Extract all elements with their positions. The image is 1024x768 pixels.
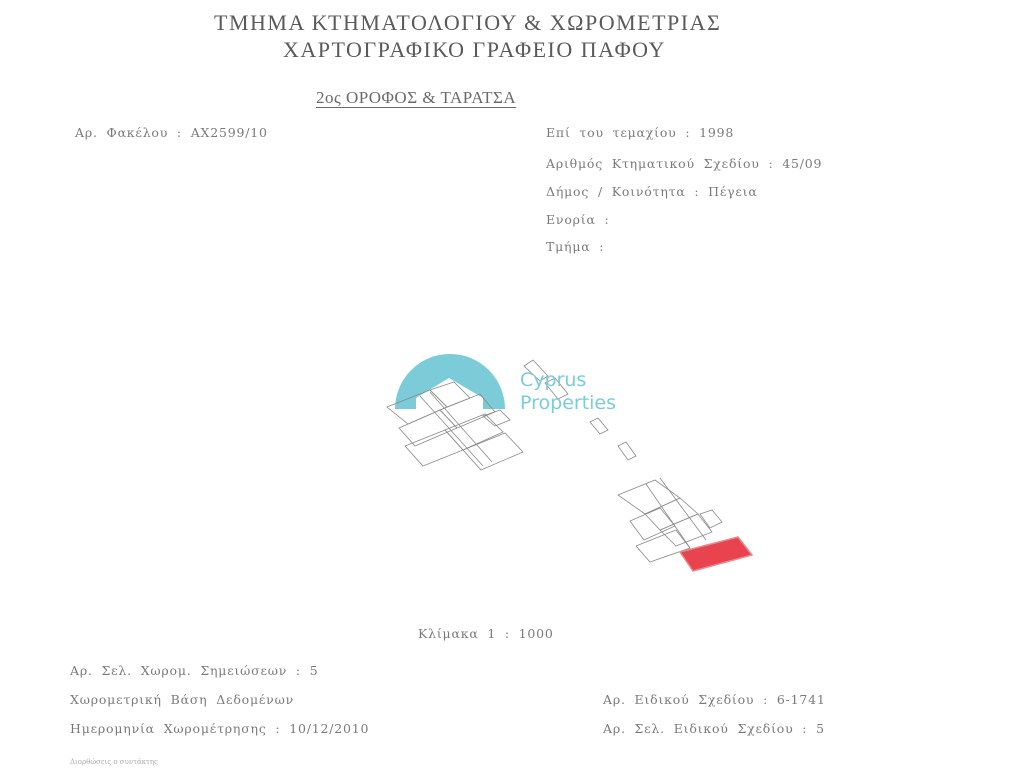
scale-label: Κλίμακα 1 : 1000 <box>418 626 554 641</box>
survey-notes-page-field: Αρ. Σελ. Χωρομ. Σημειώσεων : 5 <box>70 663 318 678</box>
special-plan-number-field: Αρ. Ειδικού Σχεδίου : 6-1741 <box>603 692 826 707</box>
small-note: Διορθώσεις ο συντάκτης <box>70 758 158 766</box>
watermark-text-line1: Cyprus <box>520 369 586 391</box>
survey-date-field: Ημερομηνία Χωρομέτρησης : 10/12/2010 <box>70 721 369 736</box>
watermark-text-line2: Properties <box>520 392 616 414</box>
floor-plan-drawing <box>0 0 1024 768</box>
survey-database-field: Χωρομετρική Βάση Δεδομένων <box>70 692 294 707</box>
watermark-logo-icon <box>395 354 505 409</box>
special-plan-page-field: Αρ. Σελ. Ειδικού Σχεδίου : 5 <box>603 721 825 736</box>
highlighted-unit <box>680 537 752 571</box>
